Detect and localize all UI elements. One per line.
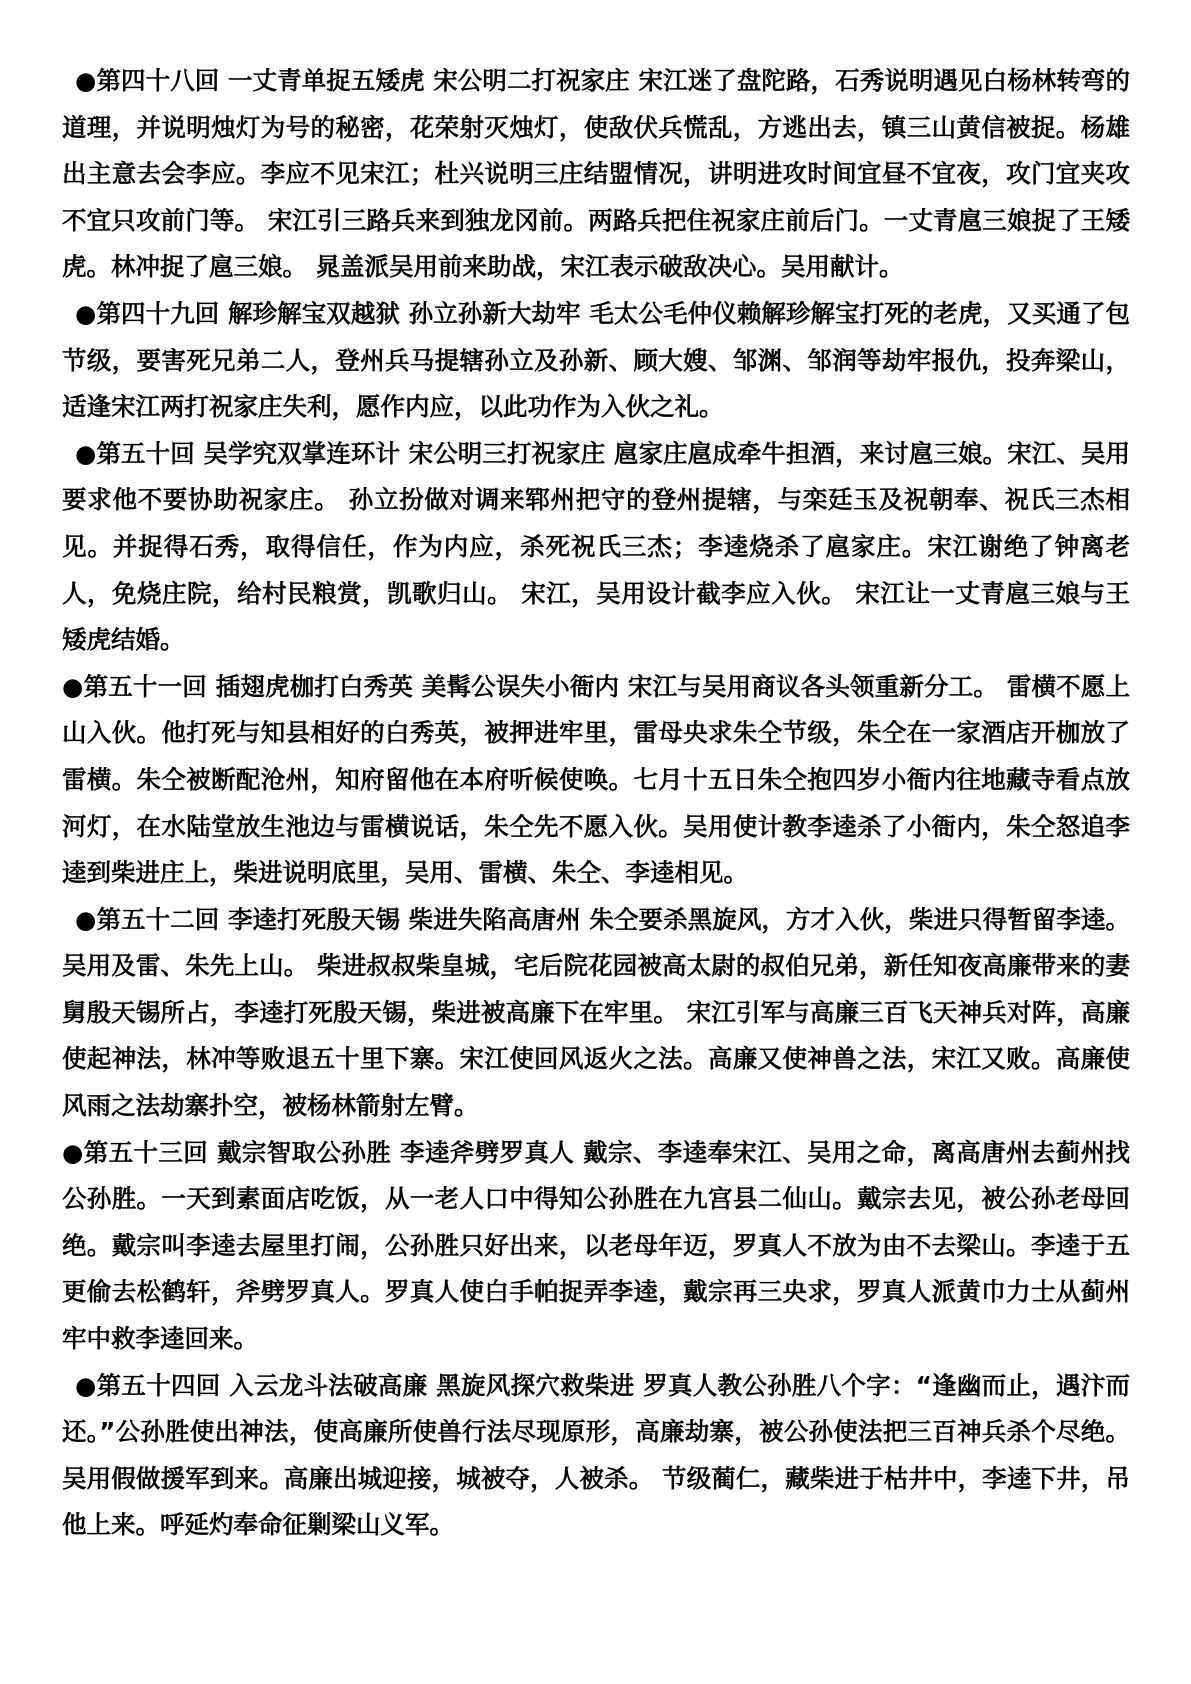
chapter-paragraph: ●第五十三回 戴宗智取公孙胜 李逵斧劈罗真人 戴宗、李逵奉宋江、吴用之命，离高唐… xyxy=(62,1130,1130,1363)
chapter-title: 第五十四回 入云龙斗法破高廉 黑旋风探穴救柴进 xyxy=(97,1371,635,1400)
chapter-paragraph: ●第五十回 吴学究双掌连环计 宋公明三打祝家庄 扈家庄扈成牵牛担酒，来讨扈三娘。… xyxy=(62,431,1130,664)
chapter-title: 第五十二回 李逵打死殷天锡 柴进失陷高唐州 xyxy=(96,905,580,934)
bullet-icon: ● xyxy=(75,1371,97,1400)
bullet-icon: ● xyxy=(75,66,96,95)
chapter-paragraph: ●第五十二回 李逵打死殷天锡 柴进失陷高唐州 朱仝要杀黑旋风，方才入伙，柴进只得… xyxy=(62,897,1130,1130)
bullet-icon: ● xyxy=(75,905,96,934)
chapter-title: 第四十八回 一丈青单捉五矮虎 宋公明二打祝家庄 xyxy=(96,66,629,95)
chapter-paragraph: ●第五十四回 入云龙斗法破高廉 黑旋风探穴救柴进 罗真人教公孙胜八个字：“逢幽而… xyxy=(62,1363,1130,1549)
bullet-icon: ● xyxy=(62,1138,84,1167)
chapter-body: 朱仝要杀黑旋风，方才入伙，柴进只得暂留李逵。吴用及雷、朱先上山。 柴进叔叔柴皇城… xyxy=(62,905,1130,1120)
bullet-icon: ● xyxy=(75,299,96,328)
chapter-body: 戴宗、李逵奉宋江、吴用之命，离高唐州去蓟州找公孙胜。一天到素面店吃饭，从一老人口… xyxy=(62,1138,1130,1353)
bullet-icon: ● xyxy=(62,672,84,701)
chapter-title: 第五十回 吴学究双掌连环计 宋公明三打祝家庄 xyxy=(96,439,605,468)
bullet-icon: ● xyxy=(75,439,96,468)
document-page: ●第四十八回 一丈青单捉五矮虎 宋公明二打祝家庄 宋江迷了盘陀路，石秀说明遇见白… xyxy=(0,0,1191,1684)
chapter-title: 第五十一回 插翅虎枷打白秀英 美髯公误失小衙内 xyxy=(84,672,620,701)
chapter-title: 第五十三回 戴宗智取公孙胜 李逵斧劈罗真人 xyxy=(84,1138,574,1167)
chapter-paragraph: ●第五十一回 插翅虎枷打白秀英 美髯公误失小衙内 宋江与吴用商议各头领重新分工。… xyxy=(62,664,1130,897)
chapter-body: 宋江与吴用商议各头领重新分工。 雷横不愿上山入伙。他打死与知县相好的白秀英，被押… xyxy=(62,672,1130,887)
chapter-paragraph: ●第四十九回 解珍解宝双越狱 孙立孙新大劫牢 毛太公毛仲仪赖解珍解宝打死的老虎，… xyxy=(62,291,1130,431)
chapter-title: 第四十九回 解珍解宝双越狱 孙立孙新大劫牢 xyxy=(96,299,580,328)
chapter-paragraph: ●第四十八回 一丈青单捉五矮虎 宋公明二打祝家庄 宋江迷了盘陀路，石秀说明遇见白… xyxy=(62,58,1130,291)
chapter-body: 宋江迷了盘陀路，石秀说明遇见白杨林转弯的道理，并说明烛灯为号的秘密，花荣射灭烛灯… xyxy=(62,66,1130,281)
chapter-body: 扈家庄扈成牵牛担酒，来讨扈三娘。宋江、吴用要求他不要协助祝家庄。 孙立扮做对调来… xyxy=(62,439,1130,654)
